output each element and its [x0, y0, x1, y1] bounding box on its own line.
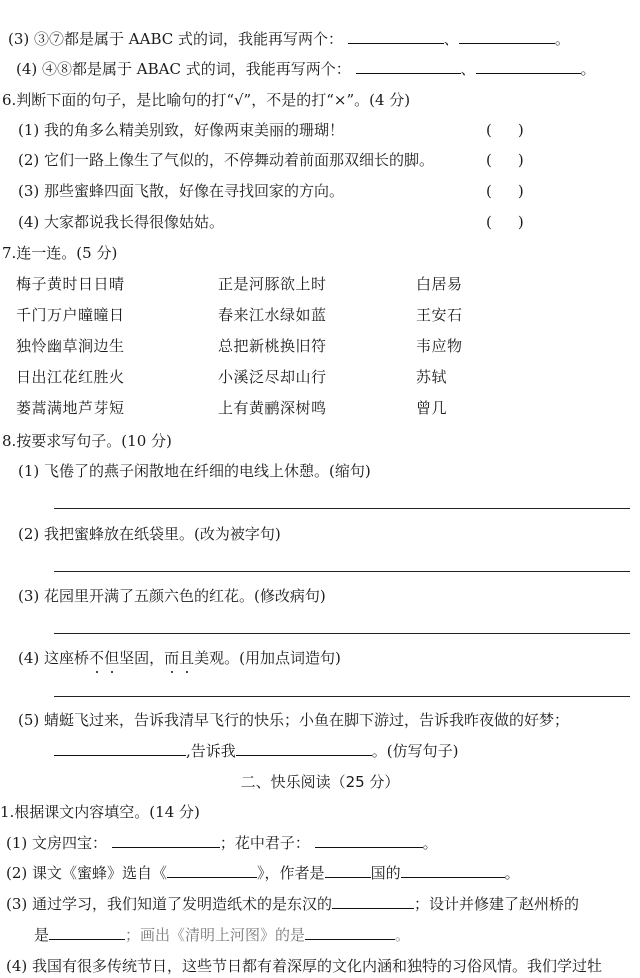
answer-paren[interactable]: () — [486, 120, 524, 140]
item-number: (3) — [8, 30, 29, 48]
match-middle[interactable]: 小溪泛尽却山行 — [218, 367, 327, 387]
q8-item-3: (3) 花园里开满了五颜六色的红花。(修改病句) — [18, 586, 326, 606]
answer-paren[interactable]: () — [486, 212, 524, 232]
q6-item-1: (1) 我的角多么精美别致，好像两束美丽的珊瑚！ — [18, 120, 344, 140]
q8-item-1: (1) 飞倦了的燕子闲散地在纤细的电线上休憩。(缩句) — [18, 461, 371, 481]
item-number: (4) — [16, 60, 37, 78]
match-left[interactable]: 独怜幽草涧边生 — [16, 336, 125, 356]
item-text: ③⑦都是属于 AABC 式的词，我能再写两个： — [34, 30, 343, 48]
s2-q1-item-3: (3) 通过学习，我们知道了发明造纸术的是东汉的；设计并修建了赵州桥的 — [6, 894, 579, 914]
answer-line[interactable] — [54, 508, 630, 509]
q8-item-4: (4) 这座桥不但坚固，而且美观。(用加点词造句) — [18, 648, 341, 668]
match-left[interactable]: 梅子黄时日日晴 — [16, 274, 125, 294]
answer-blank[interactable] — [49, 925, 125, 940]
match-middle[interactable]: 春来江水绿如蓝 — [218, 305, 327, 325]
match-middle[interactable]: 总把新桃换旧符 — [218, 336, 327, 356]
match-right[interactable]: 曾几 — [416, 398, 447, 418]
s2-q1-item-2: (2) 课文《蜜蜂》选自《》，作者是国的。 — [6, 863, 520, 883]
answer-blank[interactable] — [476, 59, 581, 74]
item-text: ④⑧都是属于 ABAC 式的词，我能再写两个： — [42, 60, 351, 78]
answer-line[interactable] — [54, 571, 630, 572]
s2-q1-item-1: (1) 文房四宝： ；花中君子： 。 — [6, 833, 438, 853]
q8-item-2: (2) 我把蜜蜂放在纸袋里。(改为被字句) — [18, 524, 281, 544]
match-right[interactable]: 韦应物 — [416, 336, 463, 356]
q8-item-5: (5) 蜻蜓飞过来，告诉我清早飞行的快乐；小鱼在脚下游过，告诉我昨夜做的好梦； — [18, 710, 569, 730]
answer-blank[interactable] — [112, 833, 220, 848]
q7-heading: 7.连一连。(5 分) — [2, 243, 117, 263]
match-left[interactable]: 千门万户曈曈日 — [16, 305, 125, 325]
match-left[interactable]: 蒌蒿满地芦芽短 — [16, 398, 125, 418]
answer-blank[interactable] — [305, 925, 395, 940]
s2-q1-heading: 1.根据课文内容填空。(14 分) — [0, 802, 200, 822]
match-left[interactable]: 日出江花红胜火 — [16, 367, 125, 387]
match-right[interactable]: 苏轼 — [416, 367, 447, 387]
answer-blank[interactable] — [332, 894, 414, 909]
q6-item-2: (2) 它们一路上像生了气似的，不停舞动着前面那双细长的脚。 — [18, 150, 434, 170]
answer-paren[interactable]: () — [486, 150, 524, 170]
q5-item-4: (4) ④⑧都是属于 ABAC 式的词，我能再写两个： 、。 — [16, 59, 596, 79]
emphasis-dot-char: 而 — [164, 649, 179, 667]
q8-item-5-line2: ,告诉我。(仿写句子) — [54, 741, 459, 761]
emphasis-dot-char: 不 — [89, 649, 104, 667]
answer-blank[interactable] — [325, 863, 371, 878]
answer-blank[interactable] — [54, 741, 186, 756]
q6-heading: 6.判断下面的句子，是比喻句的打“√”，不是的打“×”。(4 分) — [2, 90, 410, 110]
answer-blank[interactable] — [356, 59, 461, 74]
match-middle[interactable]: 上有黄鹂深树鸣 — [218, 398, 327, 418]
answer-blank[interactable] — [401, 863, 505, 878]
q6-item-4: (4) 大家都说我长得很像姑姑。 — [18, 212, 224, 232]
section-title: 二、快乐阅读（25 分） — [0, 771, 640, 793]
emphasis-dot-char: 且 — [179, 649, 194, 667]
match-middle[interactable]: 正是河豚欲上时 — [218, 274, 327, 294]
answer-blank[interactable] — [348, 29, 444, 44]
answer-blank[interactable] — [236, 741, 372, 756]
s2-q1-item-4: (4) 我国有很多传统节日，这些节日都有着深厚的文化内涵和独特的习俗风情。我们学… — [6, 956, 602, 976]
match-right[interactable]: 白居易 — [416, 274, 463, 294]
q6-item-3: (3) 那些蜜蜂四面飞散，好像在寻找回家的方向。 — [18, 181, 344, 201]
answer-blank[interactable] — [315, 833, 423, 848]
s2-q1-item-3-line2: 是；画出《清明上河图》的是。 — [34, 925, 410, 945]
answer-blank[interactable] — [167, 863, 257, 878]
match-right[interactable]: 王安石 — [416, 305, 463, 325]
emphasis-dot-char: 但 — [104, 649, 119, 667]
answer-blank[interactable] — [459, 29, 555, 44]
q5-item-3: (3) ③⑦都是属于 AABC 式的词，我能再写两个： 、。 — [8, 29, 570, 49]
q8-heading: 8.按要求写句子。(10 分) — [2, 431, 172, 451]
answer-line[interactable] — [54, 633, 630, 634]
answer-line[interactable] — [54, 696, 630, 697]
answer-paren[interactable]: () — [486, 181, 524, 201]
